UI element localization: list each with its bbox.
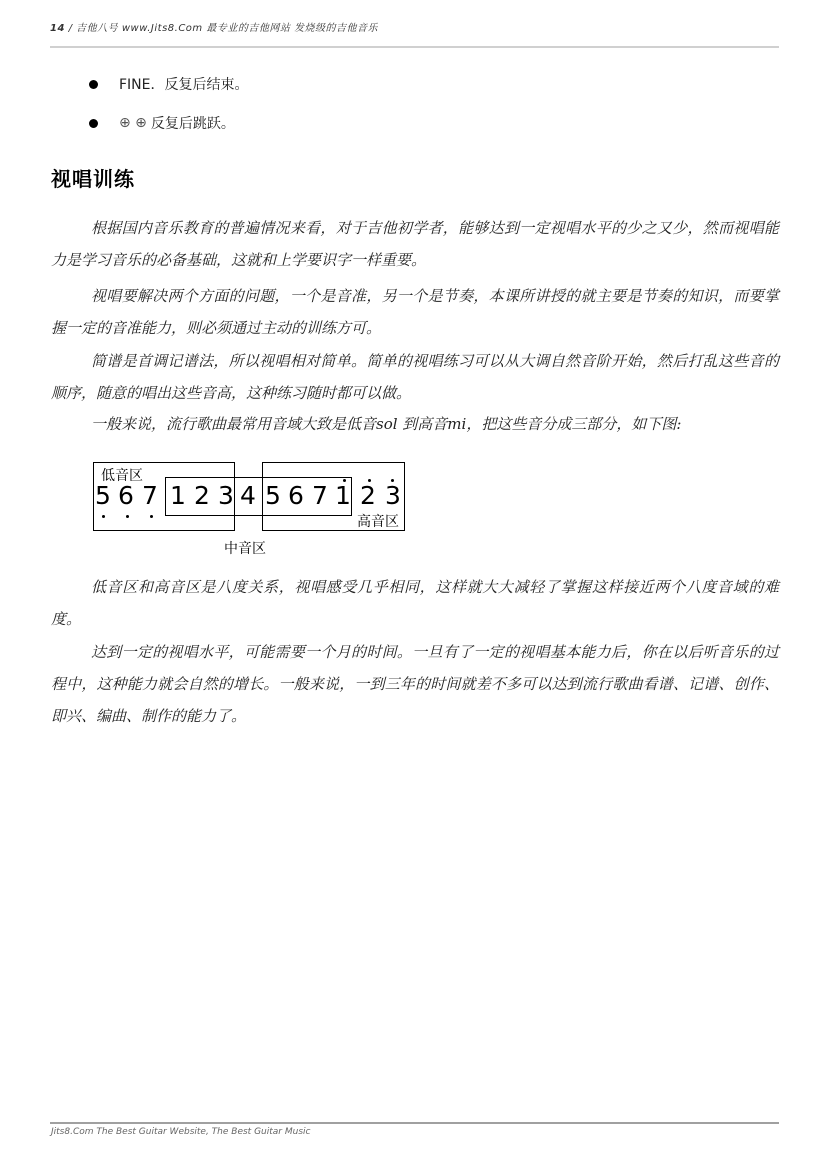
note: 6 [286,481,306,511]
note: 5 [263,481,283,511]
page-header: 14 / 吉他八号 www.Jits8.Com 最专业的吉他网站 发烧级的吉他音… [50,19,378,34]
header-text: 吉他八号 www.Jits8.Com 最专业的吉他网站 发烧级的吉他音乐 [76,23,378,34]
page-number: 14 [50,23,65,34]
note: 3 [383,481,403,511]
paragraph: 一般来说，流行歌曲最常用音域大致是低音sol 到高音mi，把这些音分成三部分，如… [51,408,779,440]
bullet-icon [89,80,98,89]
footer-divider [50,1122,779,1124]
note: 3 [216,481,236,511]
paragraph: 视唱要解决两个方面的问题，一个是音准，另一个是节奏，本课所讲授的就主要是节奏的知… [51,280,779,344]
header-divider [50,46,779,48]
page-footer: Jits8.Com The Best Guitar Website, The B… [51,1127,310,1137]
note: 1 [333,481,353,511]
section-title: 视唱训练 [51,163,135,192]
pitch-range-diagram: 低音区 高音区 中音区 5 6 7 1 2 3 4 5 6 7 1 2 3 [93,462,408,557]
note: 6 [116,481,136,511]
low-octave-dot-icon [150,515,153,518]
note: 2 [192,481,212,511]
high-range-label: 高音区 [357,511,399,531]
note: 7 [140,481,160,511]
bullet-icon [89,119,98,128]
high-octave-dot-icon [391,479,394,482]
note: 7 [310,481,330,511]
low-octave-dot-icon [102,515,105,518]
bullet-list: FINE．反复后结束。 ⊕ ⊕ 反复后跳跃。 [89,71,249,149]
high-octave-dot-icon [343,479,346,482]
paragraph: 低音区和高音区是八度关系，视唱感受几乎相同，这样就大大减轻了掌握这样接近两个八度… [51,571,779,635]
paragraph: 简谱是首调记谱法，所以视唱相对简单。简单的视唱练习可以从大调自然音阶开始，然后打… [51,345,779,409]
mid-range-label: 中音区 [224,538,266,558]
header-separator: / [69,23,73,34]
paragraph: 达到一定的视唱水平，可能需要一个月的时间。一旦有了一定的视唱基本能力后，你在以后… [51,636,779,732]
note: 4 [238,481,258,511]
note: 2 [358,481,378,511]
bullet-text: 反复后跳跃。 [151,113,235,133]
high-octave-dot-icon [368,479,371,482]
list-item: FINE．反复后结束。 [89,71,249,97]
coda-icon: ⊕ ⊕ [119,115,147,131]
bullet-text: FINE．反复后结束。 [119,74,249,94]
low-octave-dot-icon [126,515,129,518]
note: 5 [93,481,113,511]
list-item: ⊕ ⊕ 反复后跳跃。 [89,110,249,136]
note: 1 [168,481,188,511]
paragraph: 根据国内音乐教育的普遍情况来看，对于吉他初学者，能够达到一定视唱水平的少之又少，… [51,212,779,276]
